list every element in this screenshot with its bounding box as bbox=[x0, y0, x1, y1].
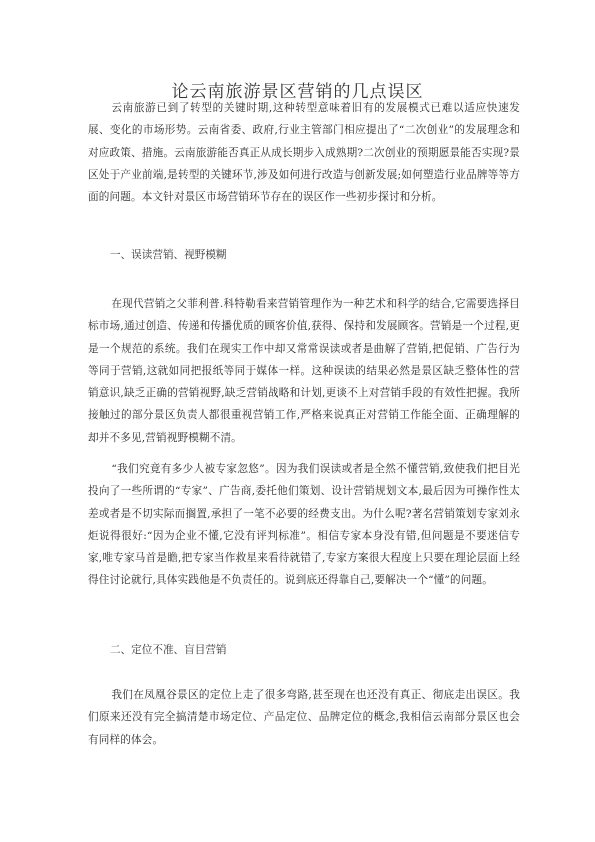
section-heading-1: 一、误读营销、视野模糊 bbox=[110, 247, 227, 262]
section-1-paragraph-1: 在现代营销之父菲利普.科特勒看来营销管理作为一种艺术和科学的结合,它需要选择目标… bbox=[88, 293, 520, 449]
section-heading-2: 二、定位不准、盲目营销 bbox=[110, 642, 227, 657]
section-2-paragraph-1: 我们在凤凰谷景区的定位上走了很多弯路,甚至现在也还没有真正、彻底走出误区。我们原… bbox=[88, 684, 520, 751]
paragraph-text: 我们在凤凰谷景区的定位上走了很多弯路,甚至现在也还没有真正、彻底走出误区。我们原… bbox=[88, 684, 520, 751]
paragraph-text: 在现代营销之父菲利普.科特勒看来营销管理作为一种艺术和科学的结合,它需要选择目标… bbox=[88, 293, 520, 449]
intro-paragraph: 云南旅游已到了转型的关键时期,这种转型意味着旧有的发展模式已难以适应快速发展、变… bbox=[88, 97, 520, 208]
section-1-paragraph-2: “我们究竟有多少人被专家忽悠”。因为我们误读或者是全然不懂营销,致使我们把目光投… bbox=[88, 458, 520, 592]
paragraph-text: “我们究竟有多少人被专家忽悠”。因为我们误读或者是全然不懂营销,致使我们把目光投… bbox=[88, 458, 520, 592]
paragraph-text: 云南旅游已到了转型的关键时期,这种转型意味着旧有的发展模式已难以适应快速发展、变… bbox=[88, 97, 520, 208]
